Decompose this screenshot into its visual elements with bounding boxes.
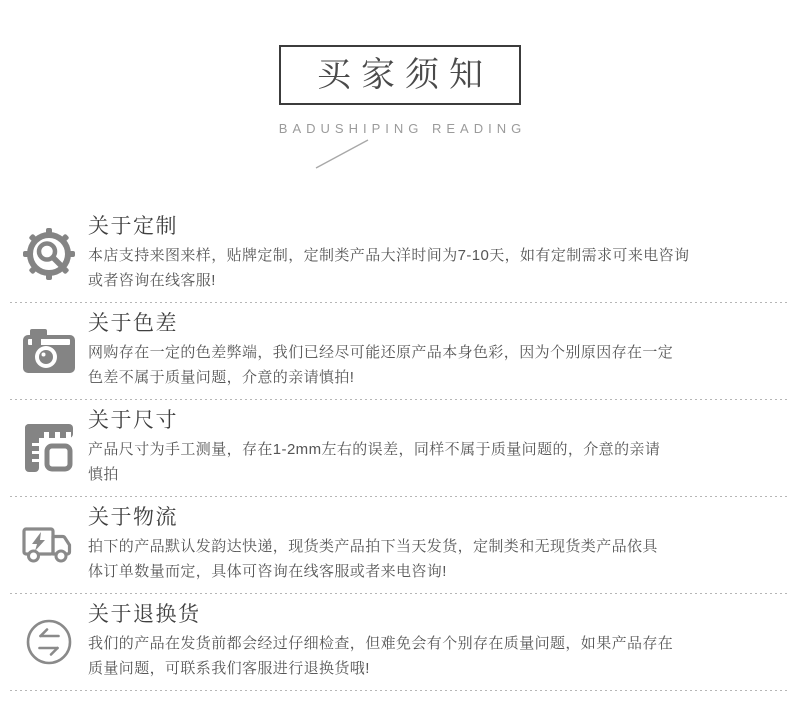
section-text-line: 慎拍	[88, 462, 735, 487]
section-title: 关于退换货	[88, 602, 735, 628]
section-logistics: 关于物流 拍下的产品默认发韵达快递，现货类产品拍下当天发货，定制类和无现货类产品…	[10, 497, 790, 593]
section-title: 关于色差	[88, 311, 735, 337]
section-text-line: 或者咨询在线客服!	[88, 268, 735, 293]
page-subtitle: BADUSHIPING READING	[0, 121, 800, 136]
section-text-line: 我们的产品在发货前都会经过仔细检查，但难免会有个别存在质量问题，如果产品存在	[88, 631, 735, 656]
section-text-line: 体订单数量而定，具体可咨询在线客服或者来电咨询!	[88, 559, 735, 584]
section-size: 关于尺寸 产品尺寸为手工测量，存在1-2mm左右的误差，同样不属于质量问题的，介…	[10, 400, 790, 496]
section-title: 关于尺寸	[88, 408, 735, 434]
section-text-line: 产品尺寸为手工测量，存在1-2mm左右的误差，同样不属于质量问题的，介意的亲请	[88, 437, 735, 462]
ruler-icon	[10, 419, 88, 477]
section-text-line: 质量问题，可联系我们客服进行退换货哦!	[88, 656, 735, 681]
delivery-truck-icon	[10, 516, 88, 574]
camera-icon	[10, 322, 88, 380]
section-color-difference: 关于色差 网购存在一定的色差弊端，我们已经尽可能还原产品本身色彩，因为个别原因存…	[10, 303, 790, 399]
section-text-line: 本店支持来图来样，贴牌定制，定制类产品大洋时间为7-10天，如有定制需求可来电咨…	[88, 243, 735, 268]
slash-decoration-icon	[314, 138, 372, 170]
section-text-line: 色差不属于质量问题，介意的亲请慎拍!	[88, 365, 735, 390]
section-returns: 关于退换货 我们的产品在发货前都会经过仔细检查，但难免会有个别存在质量问题，如果…	[10, 594, 790, 690]
page-title: 买家须知	[307, 47, 493, 103]
dashed-divider	[10, 690, 790, 691]
section-title: 关于物流	[88, 505, 735, 531]
section-customization: 关于定制 本店支持来图来样，贴牌定制，定制类产品大洋时间为7-10天，如有定制需…	[10, 206, 790, 302]
section-text-line: 拍下的产品默认发韵达快递，现货类产品拍下当天发货，定制类和无现货类产品依具	[88, 534, 735, 559]
section-title: 关于定制	[88, 214, 735, 240]
section-text-line: 网购存在一定的色差弊端，我们已经尽可能还原产品本身色彩，因为个别原因存在一定	[88, 340, 735, 365]
exchange-arrows-icon	[10, 613, 88, 671]
title-box: 买家须知	[279, 45, 521, 105]
gear-search-icon	[10, 225, 88, 283]
page-header: 买家须知 BADUSHIPING READING	[0, 0, 800, 170]
buyer-notice-page: 买家须知 BADUSHIPING READING	[0, 0, 800, 706]
notice-sections: 关于定制 本店支持来图来样，贴牌定制，定制类产品大洋时间为7-10天，如有定制需…	[10, 206, 790, 691]
